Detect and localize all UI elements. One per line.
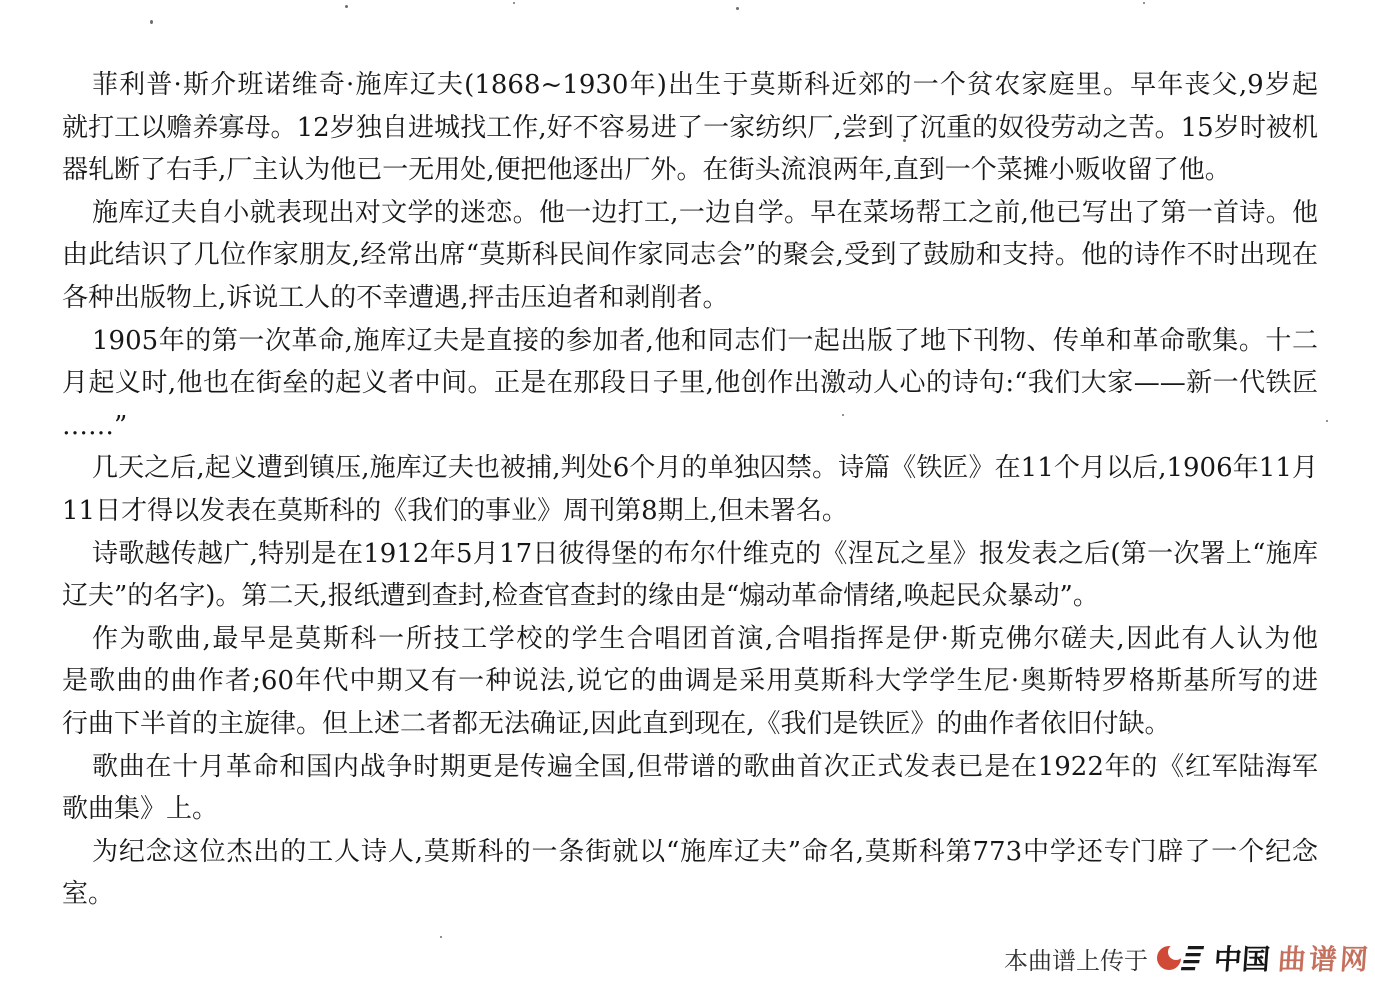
paragraph: 歌曲在十月革命和国内战争时期更是传遍全国,但带谱的歌曲首次正式发表已是在1922… — [62, 746, 1318, 831]
scan-noise-speck — [1143, 2, 1145, 4]
text-line: ……” — [62, 405, 1318, 448]
text-line: 菲利普·斯介班诺维奇·施库辽夫(1868~1930年)出生于莫斯科近郊的一个贫农… — [62, 64, 1318, 107]
text-line: 为纪念这位杰出的工人诗人,莫斯科的一条街就以“施库辽夫”命名,莫斯科第773中学… — [62, 831, 1318, 874]
text-line: 几天之后,起义遭到镇压,施库辽夫也被捕,判处6个月的单独囚禁。诗篇《铁匠》在11… — [62, 447, 1318, 490]
watermark: 本曲谱上传于 中国 曲谱网 — [1004, 936, 1371, 980]
paragraph: 诗歌越传越广,特别是在1912年5月17日彼得堡的布尔什维克的《涅瓦之星》报发表… — [62, 533, 1318, 618]
scan-noise-speck — [736, 7, 739, 10]
text-line: 器轧断了右手,厂主认为他已一无用处,便把他逐出厂外。在街头流浪两年,直到一个菜摊… — [62, 149, 1318, 192]
qupu-logo-icon — [1156, 941, 1206, 975]
scan-noise-speck — [1326, 420, 1328, 422]
paragraph: 几天之后,起义遭到镇压,施库辽夫也被捕,判处6个月的单独囚禁。诗篇《铁匠》在11… — [62, 447, 1318, 532]
paragraph: 为纪念这位杰出的工人诗人,莫斯科的一条街就以“施库辽夫”命名,莫斯科第773中学… — [62, 831, 1318, 916]
text-line: 作为歌曲,最早是莫斯科一所技工学校的学生合唱团首演,合唱指挥是伊·斯克佛尔磋夫,… — [62, 618, 1318, 661]
text-line: 是歌曲的曲作者;60年代中期又有一种说法,说它的曲调是采用莫斯科大学学生尼·奥斯… — [62, 660, 1318, 703]
watermark-brand-site: 曲谱网 — [1277, 938, 1373, 978]
text-line: 辽夫”的名字)。第二天,报纸遭到查封,检查官查封的缘由是“煽动革命情绪,唤起民众… — [62, 575, 1318, 618]
paragraph: 施库辽夫自小就表现出对文学的迷恋。他一边打工,一边自学。早在菜场帮工之前,他已写… — [62, 192, 1318, 320]
text-line: 就打工以赡养寡母。12岁独自进城找工作,好不容易进了一家纺织厂,尝到了沉重的奴役… — [62, 107, 1318, 150]
scan-noise-speck — [150, 20, 153, 24]
watermark-brand-china: 中国 — [1213, 938, 1272, 978]
paragraph: 菲利普·斯介班诺维奇·施库辽夫(1868~1930年)出生于莫斯科近郊的一个贫农… — [62, 64, 1318, 192]
text-line: 歌曲集》上。 — [62, 788, 1318, 831]
text-line: 月起义时,他也在街垒的起义者中间。正是在那段日子里,他创作出激动人心的诗句:“我… — [62, 362, 1318, 405]
text-line: 1905年的第一次革命,施库辽夫是直接的参加者,他和同志们一起出版了地下刊物、传… — [62, 320, 1318, 363]
text-line: 施库辽夫自小就表现出对文学的迷恋。他一边打工,一边自学。早在菜场帮工之前,他已写… — [62, 192, 1318, 235]
text-line: 诗歌越传越广,特别是在1912年5月17日彼得堡的布尔什维克的《涅瓦之星》报发表… — [62, 533, 1318, 576]
paragraph: 作为歌曲,最早是莫斯科一所技工学校的学生合唱团首演,合唱指挥是伊·斯克佛尔磋夫,… — [62, 618, 1318, 746]
text-line: 11日才得以发表在莫斯科的《我们的事业》周刊第8期上,但未署名。 — [62, 490, 1318, 533]
paragraph: 1905年的第一次革命,施库辽夫是直接的参加者,他和同志们一起出版了地下刊物、传… — [62, 320, 1318, 448]
text-line: 各种出版物上,诉说工人的不幸遭遇,抨击压迫者和剥削者。 — [62, 277, 1318, 320]
text-line: 歌曲在十月革命和国内战争时期更是传遍全国,但带谱的歌曲首次正式发表已是在1922… — [62, 746, 1318, 789]
text-line: 行曲下半首的主旋律。但上述二者都无法确证,因此直到现在,《我们是铁匠》的曲作者依… — [62, 703, 1318, 746]
scan-noise-speck — [345, 5, 348, 8]
scan-noise-speck — [440, 936, 442, 938]
watermark-upload-text: 本曲谱上传于 — [1004, 941, 1148, 976]
scanned-document-page: 菲利普·斯介班诺维奇·施库辽夫(1868~1930年)出生于莫斯科近郊的一个贫农… — [0, 0, 1375, 987]
document-body: 菲利普·斯介班诺维奇·施库辽夫(1868~1930年)出生于莫斯科近郊的一个贫农… — [62, 64, 1318, 916]
scan-noise-speck — [513, 2, 515, 4]
text-line: 由此结识了几位作家朋友,经常出席“莫斯科民间作家同志会”的聚会,受到了鼓励和支持… — [62, 234, 1318, 277]
text-line: 室。 — [62, 873, 1318, 916]
